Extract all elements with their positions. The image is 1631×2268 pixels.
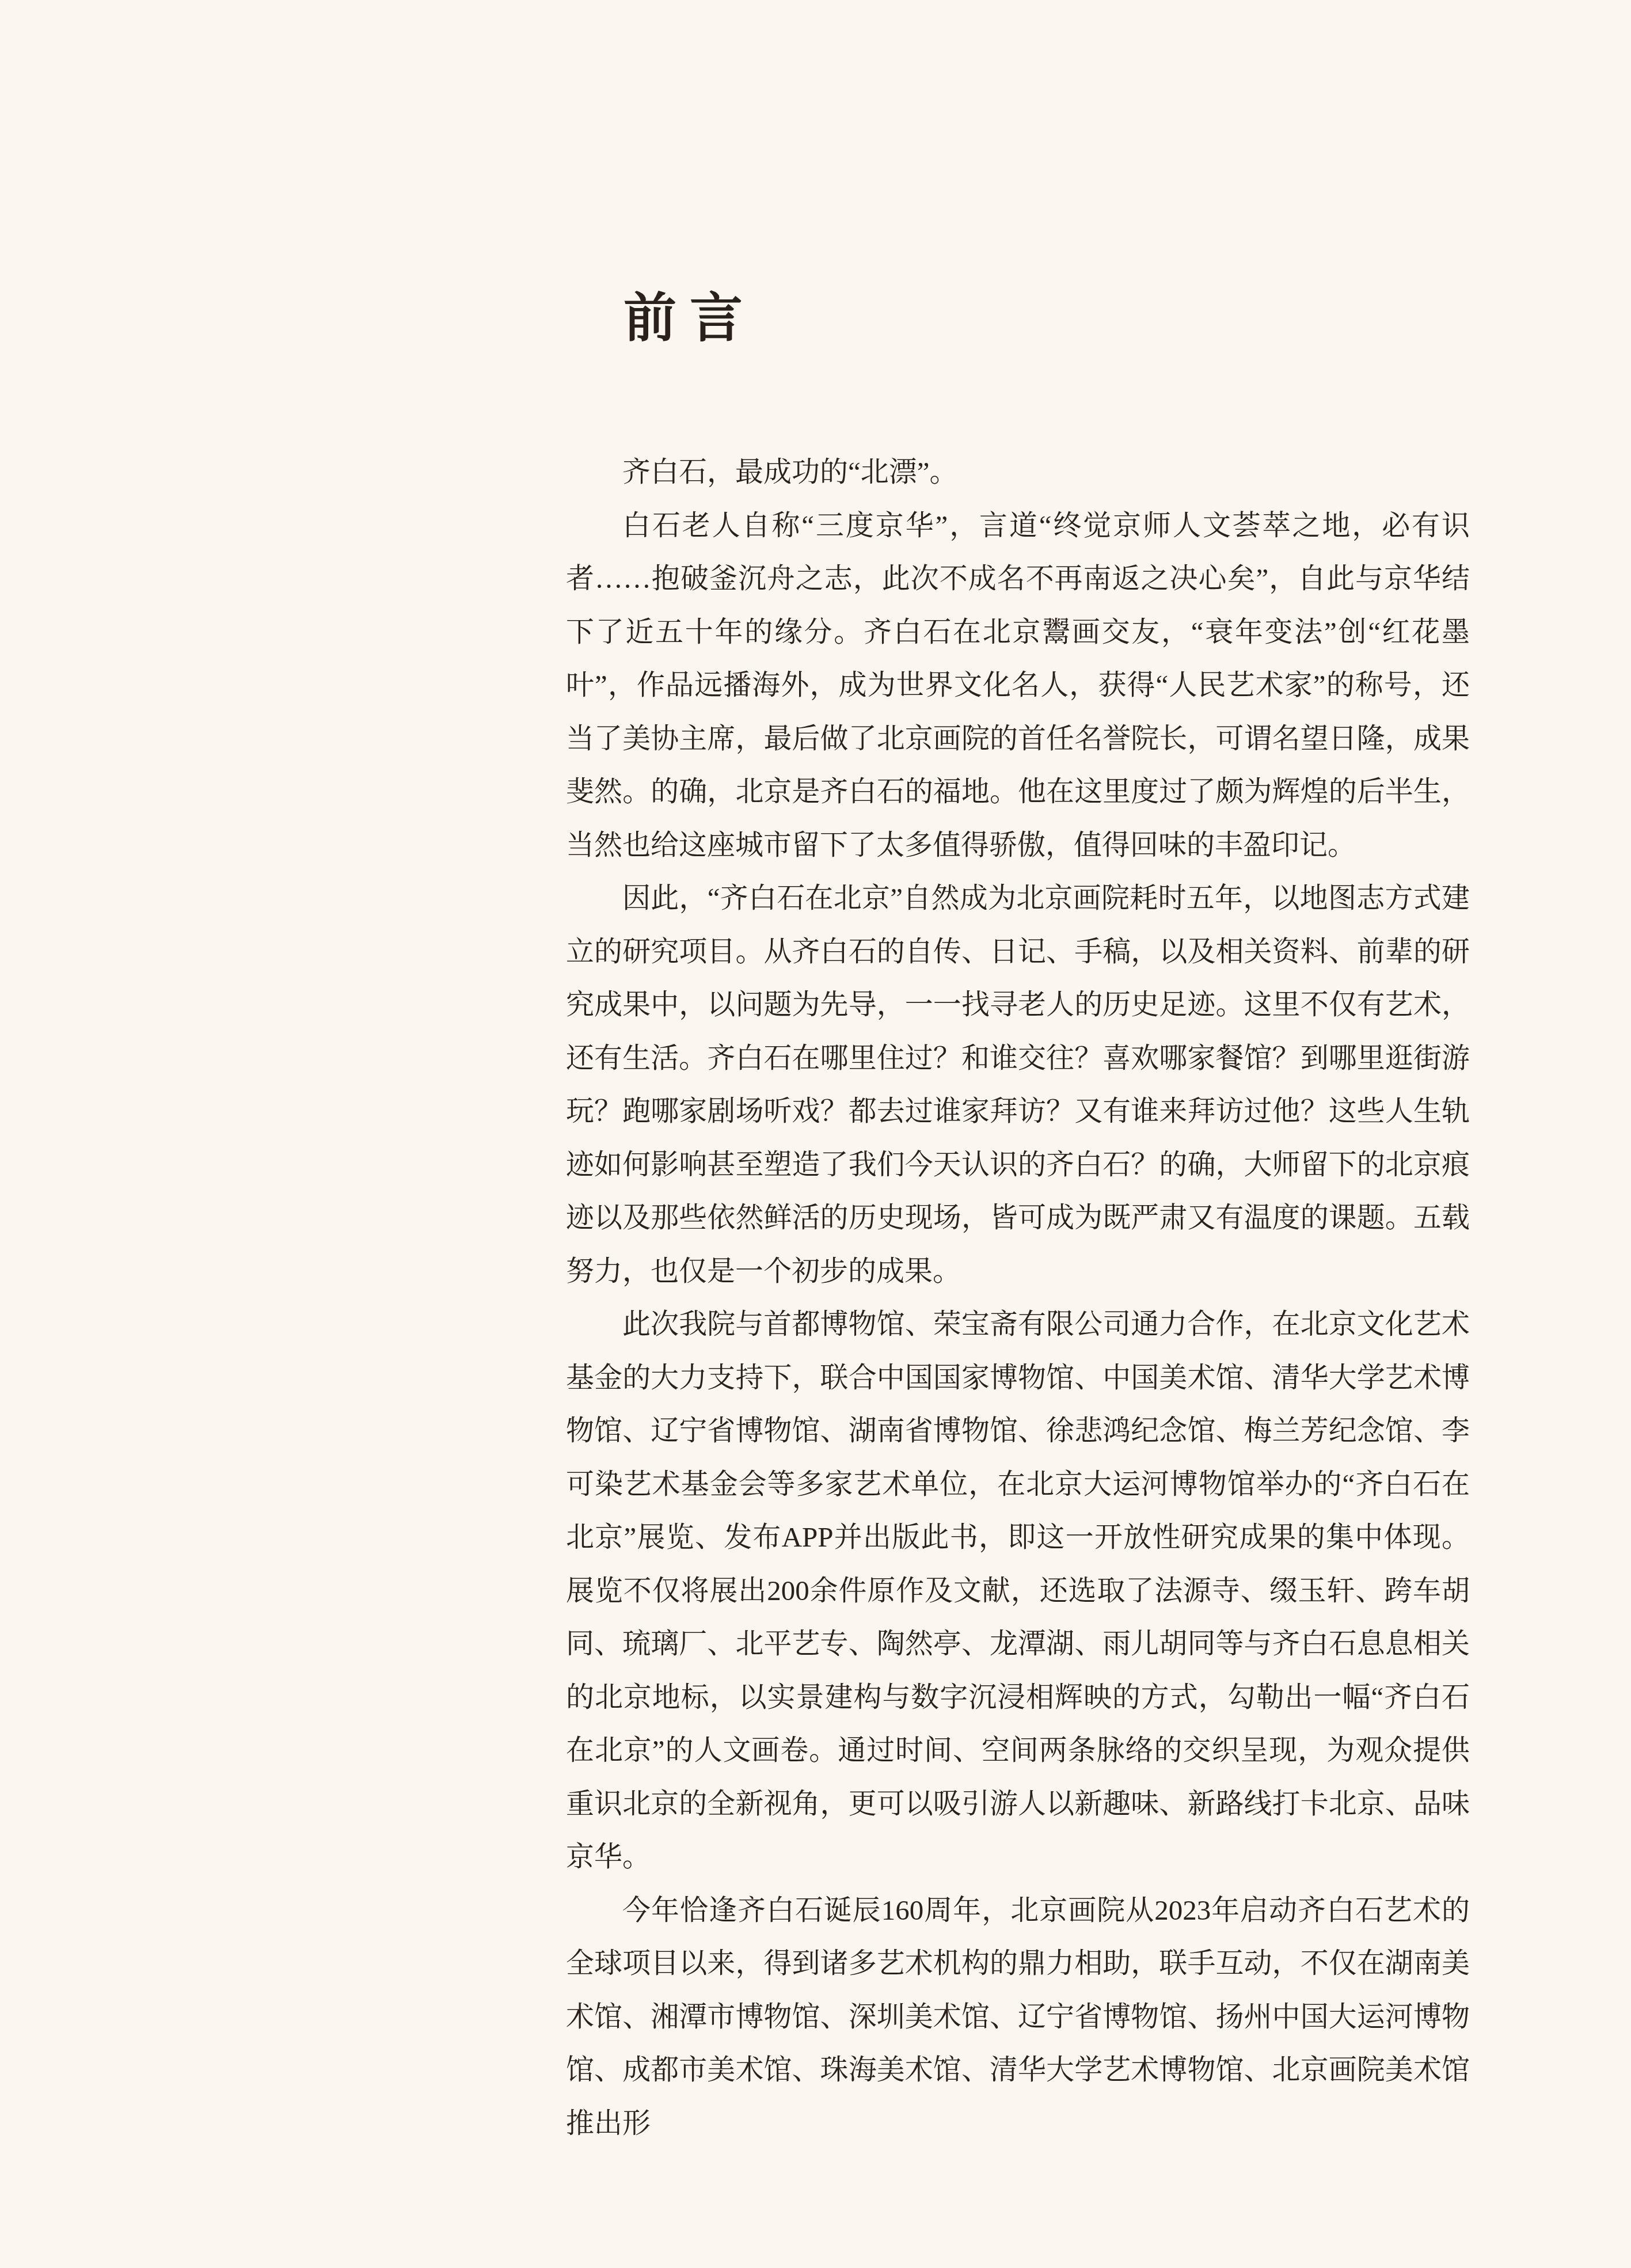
paragraph: 因此，“齐白石在北京”自然成为北京画院耗时五年，以地图志方式建立的研究项目。从齐… (566, 872, 1470, 1298)
document-page: 前 言 齐白石，最成功的“北漂”。白石老人自称“三度京华”，言道“终觉京师人文荟… (0, 0, 1631, 2268)
paragraph: 齐白石，最成功的“北漂”。 (566, 446, 1470, 499)
preface-body: 齐白石，最成功的“北漂”。白石老人自称“三度京华”，言道“终觉京师人文荟萃之地，… (566, 446, 1470, 2150)
paragraph: 此次我院与首都博物馆、荣宝斋有限公司通力合作，在北京文化艺术基金的大力支持下，联… (566, 1298, 1470, 1884)
paragraph: 今年恰逢齐白石诞辰160周年，北京画院从2023年启动齐白石艺术的全球项目以来，… (566, 1884, 1470, 2151)
page-title: 前 言 (623, 292, 743, 345)
paragraph: 白石老人自称“三度京华”，言道“终觉京师人文荟萃之地，必有识者……抱破釜沉舟之志… (566, 499, 1470, 872)
